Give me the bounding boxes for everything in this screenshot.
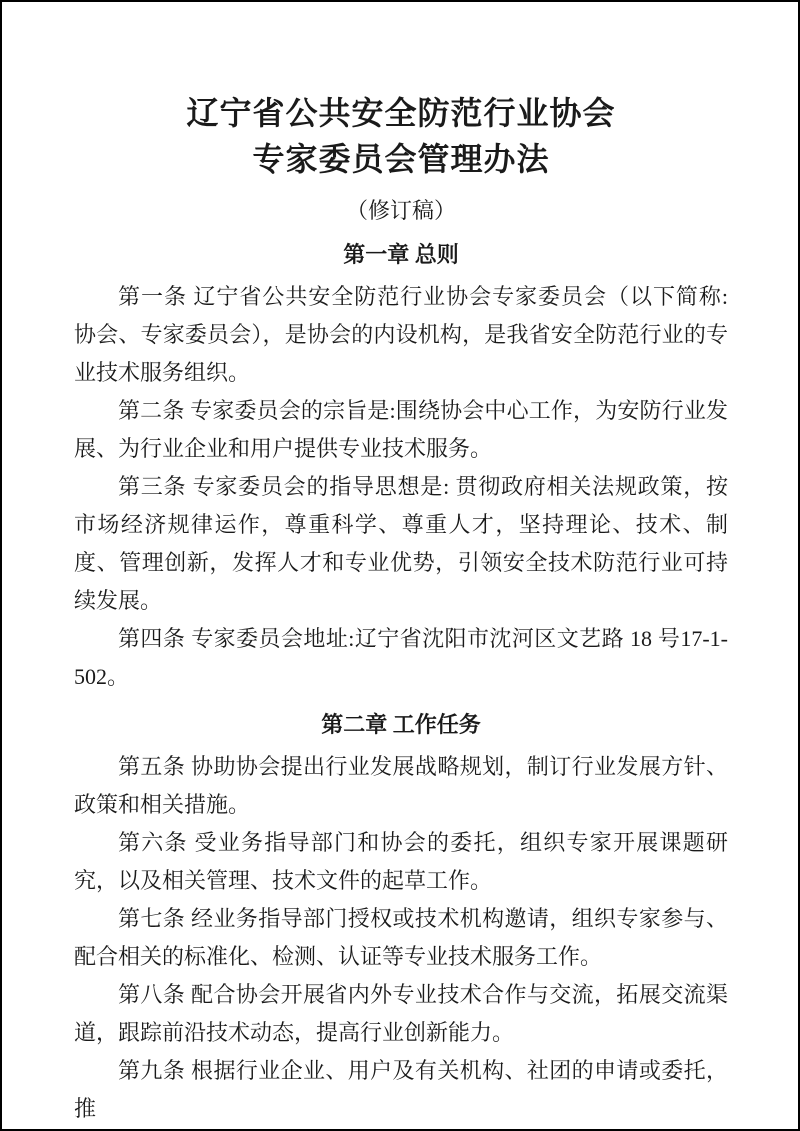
paragraph-article-5: 第五条 协助协会提出行业发展战略规划，制订行业发展方针、政策和相关措施。 [74,748,728,824]
document-subtitle: （修订稿） [74,196,728,226]
paragraph-article-3: 第三条 专家委员会的指导思想是: 贯彻政府相关法规政策，按市场经济规律运作，尊重… [74,468,728,620]
document-title: 辽宁省公共安全防范行业协会 专家委员会管理办法 [74,90,728,182]
chapter-2-heading: 第二章 工作任务 [74,710,728,740]
paragraph-article-9: 第九条 根据行业企业、用户及有关机构、社团的申请或委托，推 [74,1052,728,1128]
paragraph-article-8: 第八条 配合协会开展省内外专业技术合作与交流，拓展交流渠道，跟踪前沿技术动态，提… [74,976,728,1052]
chapter-1-heading: 第一章 总则 [74,240,728,270]
title-line-2: 专家委员会管理办法 [74,136,728,182]
paragraph-article-1: 第一条 辽宁省公共安全防范行业协会专家委员会（以下简称: 协会、专家委员会），是… [74,278,728,392]
paragraph-article-7: 第七条 经业务指导部门授权或技术机构邀请，组织专家参与、配合相关的标准化、检测、… [74,900,728,976]
title-line-1: 辽宁省公共安全防范行业协会 [74,90,728,136]
paragraph-article-2: 第二条 专家委员会的宗旨是:围绕协会中心工作，为安防行业发展、为行业企业和用户提… [74,392,728,468]
document-page: 辽宁省公共安全防范行业协会 专家委员会管理办法 （修订稿） 第一章 总则 第一条… [0,0,800,1131]
paragraph-article-6: 第六条 受业务指导部门和协会的委托，组织专家开展课题研究，以及相关管理、技术文件… [74,824,728,900]
paragraph-article-4: 第四条 专家委员会地址:辽宁省沈阳市沈河区文艺路 18 号17-1-502。 [74,620,728,696]
